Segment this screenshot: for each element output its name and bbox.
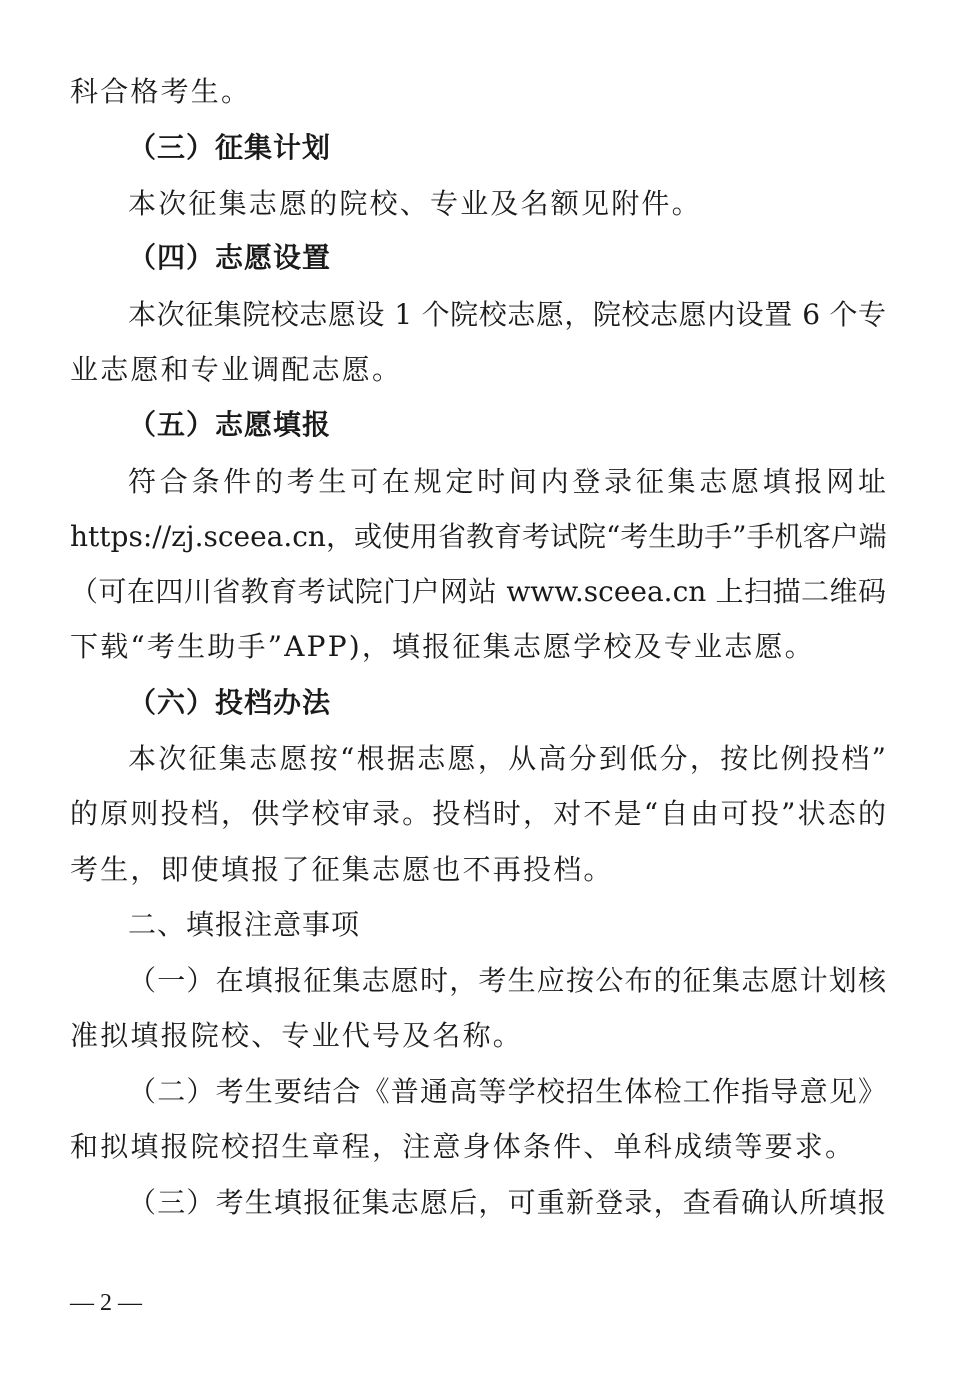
section-heading-method: （六）投档办法 [128,683,886,723]
paragraph-line: 科合格考生。 [70,72,886,112]
paragraph-line: 本次征集志愿的院校、专业及名额见附件。 [128,184,886,224]
paragraph-line: 的原则投档，供学校审录。投档时，对不是“自由可投”状态的 [70,794,886,834]
paragraph-line: 本次征集院校志愿设 1 个院校志愿，院校志愿内设置 6 个专 [128,295,886,335]
paragraph-line: （三）考生填报征集志愿后，可重新登录，查看确认所填报 [128,1183,886,1223]
paragraph-line: 准拟填报院校、专业代号及名称。 [70,1016,886,1056]
paragraph-line: （二）考生要结合《普通高等学校招生体检工作指导意见》 [128,1072,886,1112]
paragraph-line: 和拟填报院校招生章程，注意身体条件、单科成绩等要求。 [70,1127,886,1167]
paragraph-line: 业志愿和专业调配志愿。 [70,350,886,390]
section-heading-plan: （三）征集计划 [128,128,886,168]
section-heading-settings: （四）志愿设置 [128,238,886,278]
paragraph-line: 本次征集志愿按“根据志愿，从高分到低分，按比例投档” [128,739,886,779]
paragraph-line: （一）在填报征集志愿时，考生应按公布的征集志愿计划核 [128,961,886,1001]
page-number: — 2 — [70,1287,142,1319]
paragraph-line-portal: （可在四川省教育考试院门户网站 www.sceea.cn 上扫描二维码 [70,572,886,612]
section-heading-notes: 二、填报注意事项 [128,905,886,945]
paragraph-line-url: https://zj.sceea.cn，或使用省教育考试院“考生助手”手机客户端 [70,517,886,557]
paragraph-line: 考生，即使填报了征集志愿也不再投档。 [70,850,886,890]
paragraph-line: 下载“考生助手”APP)，填报征集志愿学校及专业志愿。 [70,627,886,667]
section-heading-filling: （五）志愿填报 [128,405,886,445]
paragraph-line: 符合条件的考生可在规定时间内登录征集志愿填报网址 [128,462,886,502]
